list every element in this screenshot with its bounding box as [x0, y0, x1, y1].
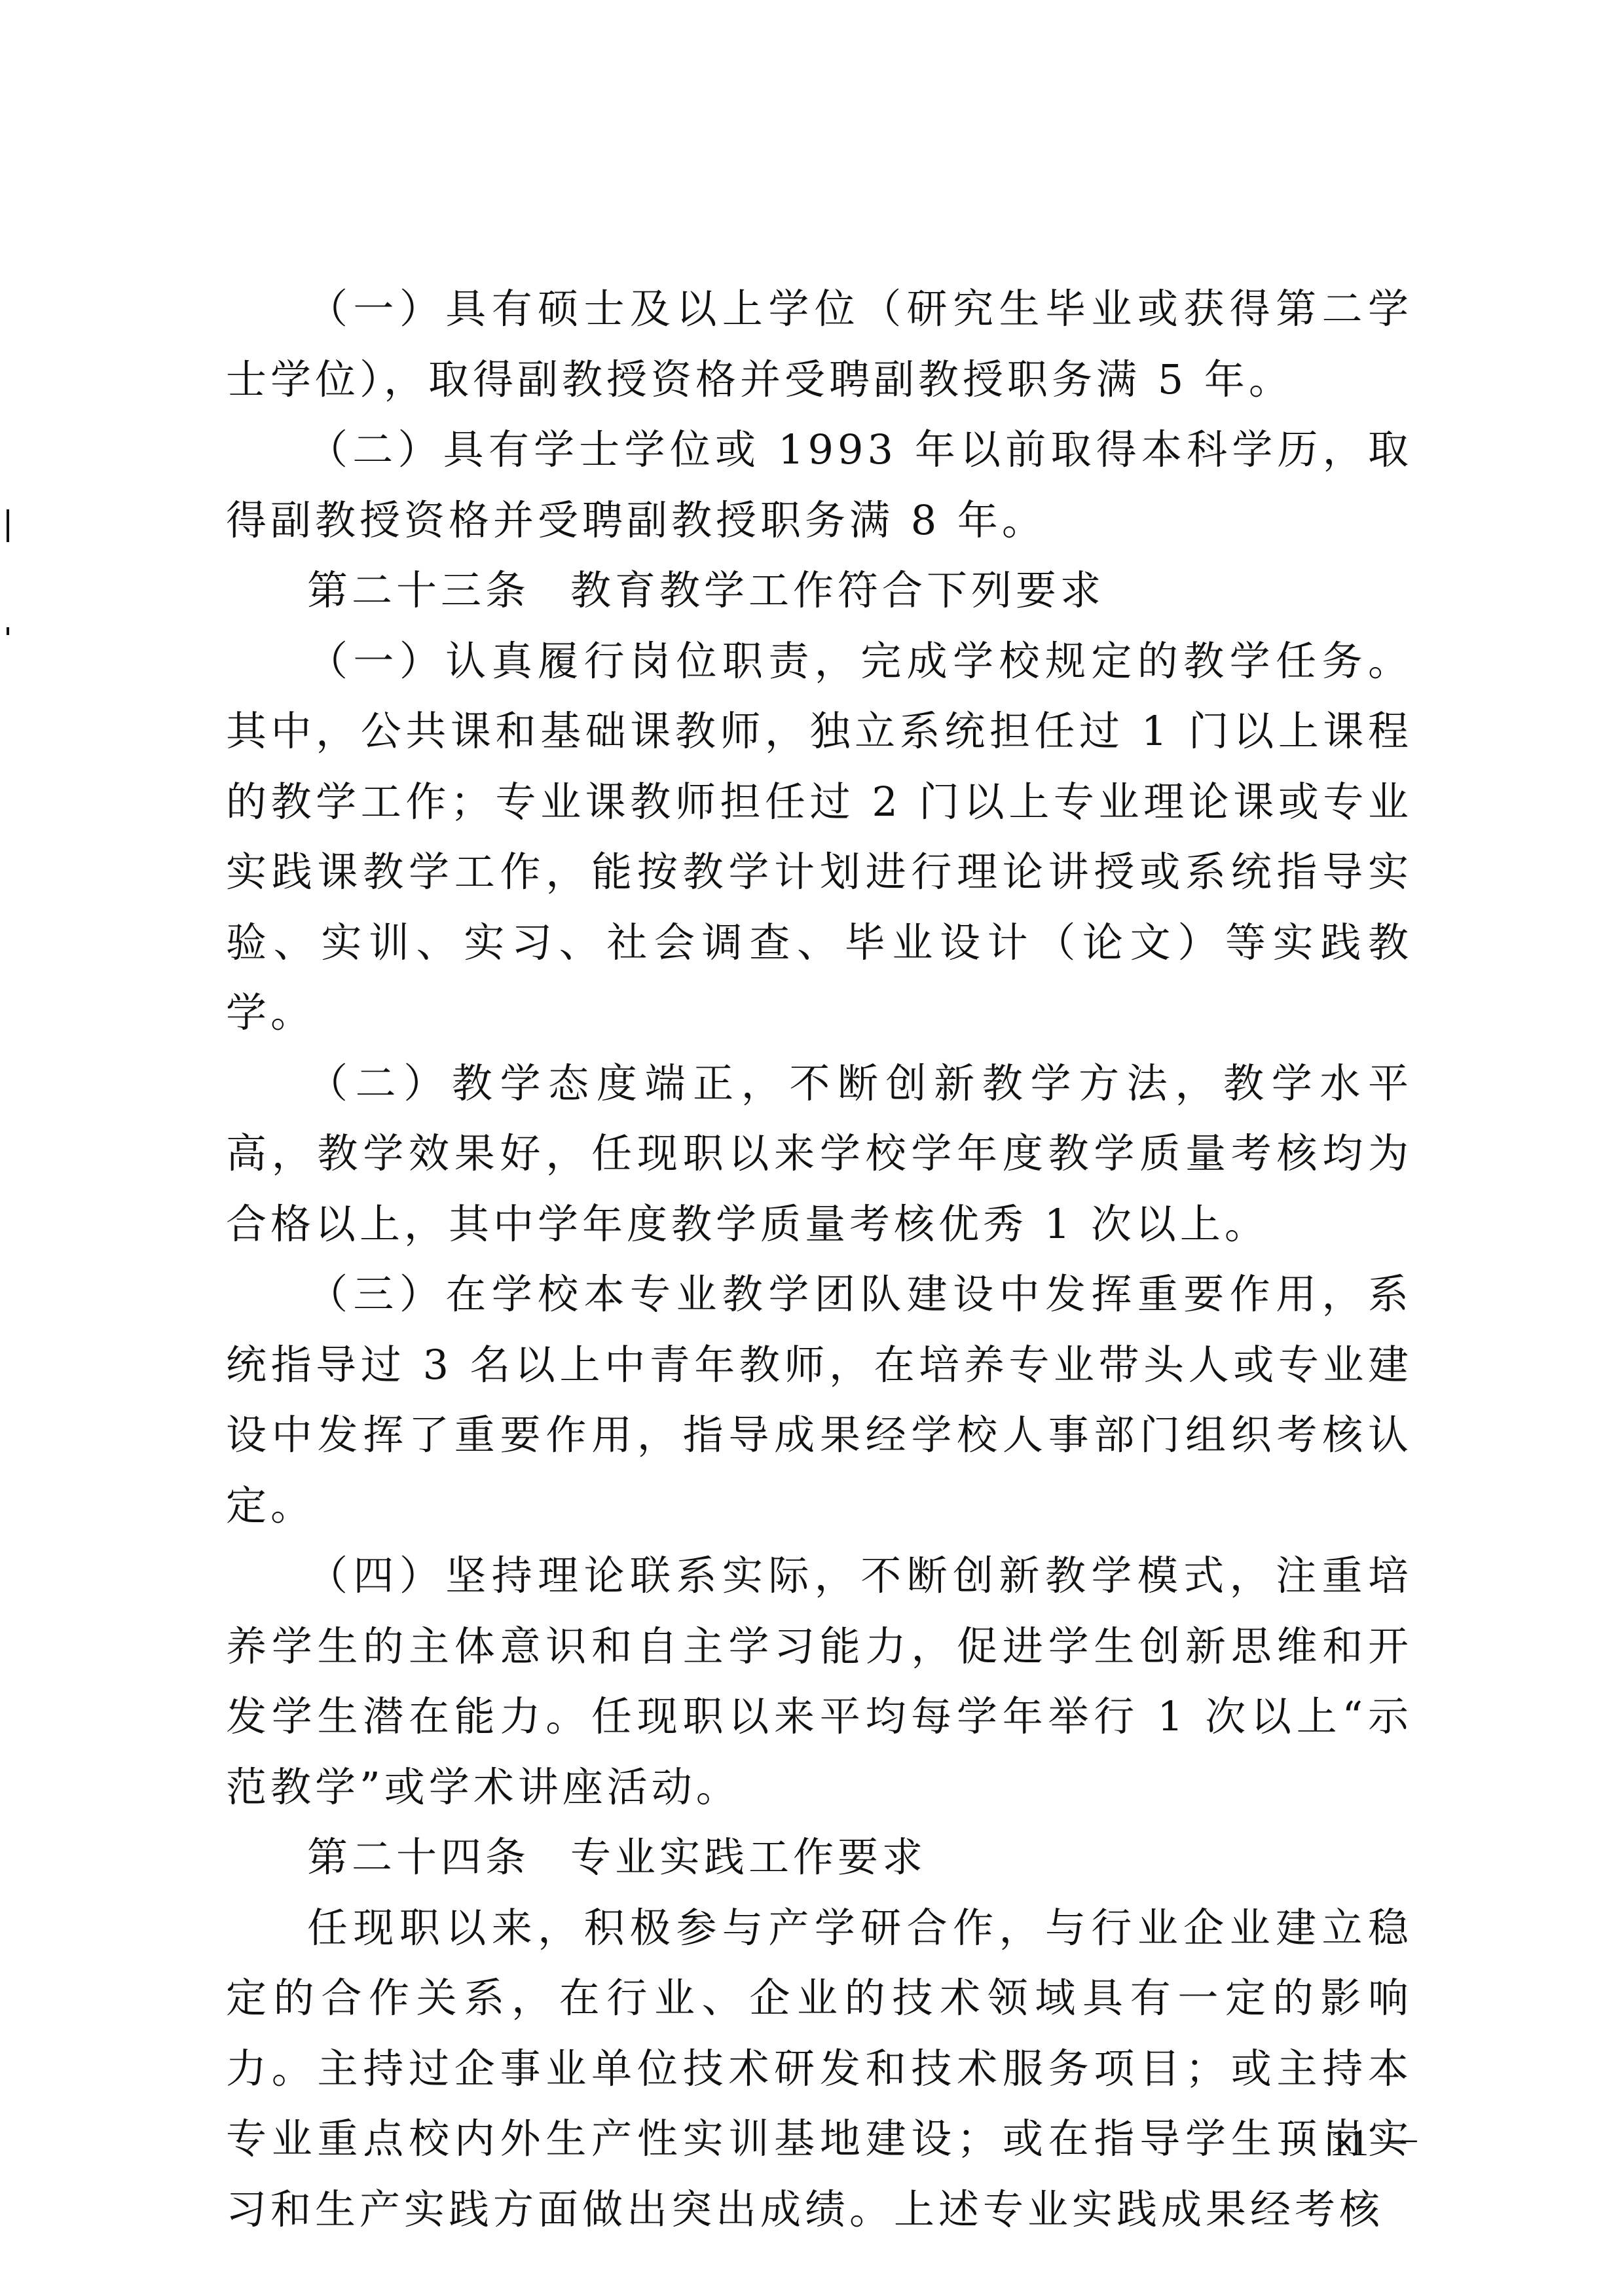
article-heading: 第二十三条教育教学工作符合下列要求	[226, 555, 1412, 626]
article-number: 第二十三条	[307, 566, 530, 614]
document-body: （一）具有硕士及以上学位（研究生毕业或获得第二学士学位），取得副教授资格并受聘副…	[226, 274, 1412, 2244]
paragraph-item: （二）教学态度端正，不断创新教学方法，教学水平高，教学效果好，任现职以来学校学年…	[226, 1048, 1412, 1260]
article-number: 第二十四条	[307, 1833, 530, 1881]
paragraph-item: （一）具有硕士及以上学位（研究生毕业或获得第二学士学位），取得副教授资格并受聘副…	[226, 274, 1412, 414]
paragraph-item: 任现职以来，积极参与产学研合作，与行业企业建立稳定的合作关系，在行业、企业的技术…	[226, 1893, 1412, 2245]
page-number: － 11 －	[1277, 2111, 1424, 2166]
paragraph-item: （三）在学校本专业教学团队建设中发挥重要作用，系统指导过 3 名以上中青年教师，…	[226, 1259, 1412, 1540]
article-heading: 第二十四条专业实践工作要求	[226, 1822, 1412, 1893]
document-page: （一）具有硕士及以上学位（研究生毕业或获得第二学士学位），取得副教授资格并受聘副…	[0, 0, 1624, 2296]
paragraph-item: （二）具有学士学位或 1993 年以前取得本科学历，取得副教授资格并受聘副教授职…	[226, 414, 1412, 555]
scan-mark	[7, 627, 9, 635]
article-title: 专业实践工作要求	[570, 1833, 927, 1881]
paragraph-item: （四）坚持理论联系实际，不断创新教学模式，注重培养学生的主体意识和自主学习能力，…	[226, 1540, 1412, 1822]
scan-mark	[7, 509, 9, 542]
article-title: 教育教学工作符合下列要求	[570, 566, 1105, 614]
paragraph-item: （一）认真履行岗位职责，完成学校规定的教学任务。其中，公共课和基础课教师，独立系…	[226, 626, 1412, 1048]
